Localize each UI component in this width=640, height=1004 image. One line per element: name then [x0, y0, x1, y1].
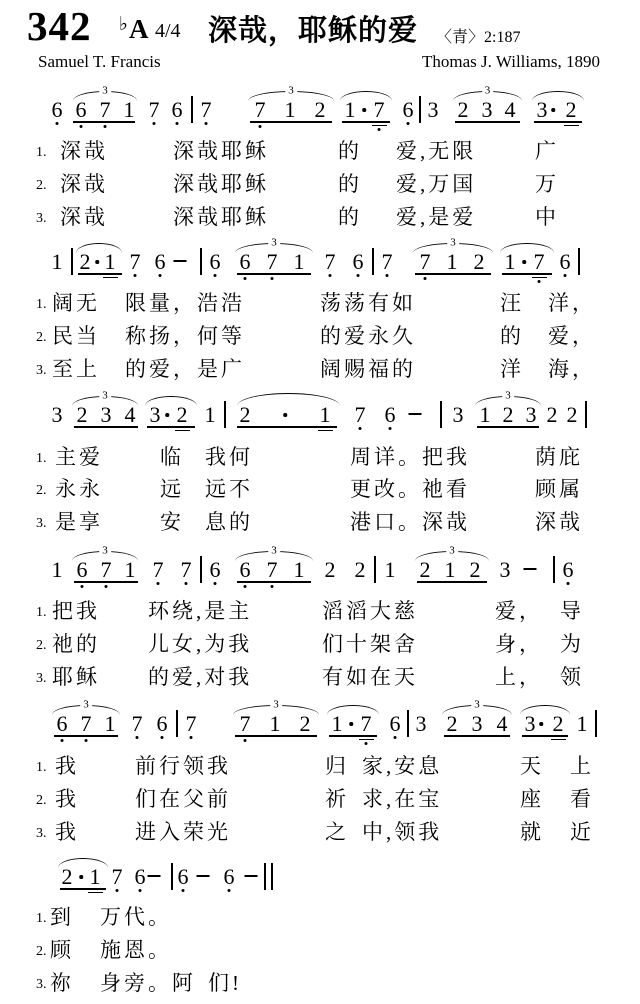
note-digit: 6: [135, 867, 146, 887]
low-octave-dot: [228, 889, 231, 892]
triplet-arc: 3: [235, 243, 313, 253]
lyric-segment: 上: [570, 755, 594, 778]
note-digit: 6: [224, 867, 235, 887]
sixteenth-underline: [372, 125, 387, 127]
lyric-segment: 汪: [500, 292, 524, 315]
triplet-number: 3: [99, 391, 111, 402]
eighth-underline: [329, 735, 377, 737]
lyric-segment: 归: [325, 755, 349, 778]
triplet-arc: 3: [73, 91, 137, 101]
low-octave-dot: [424, 277, 427, 280]
dash-extension: [174, 260, 187, 262]
lyric-segment: 进入荣光: [135, 821, 231, 844]
barline: [578, 248, 580, 275]
lyric-segment: 祈: [325, 788, 349, 811]
eighth-underline: [342, 121, 390, 123]
lyric-segment: 洋: [500, 358, 524, 381]
eighth-underline: [502, 273, 552, 275]
eighth-underline: [237, 426, 337, 428]
lyric-segment: 永永: [55, 478, 103, 501]
note-digit: 6: [390, 714, 401, 734]
low-octave-dot: [538, 280, 541, 283]
barline: [419, 96, 421, 123]
eighth-underline: [415, 273, 491, 275]
note-digit: 7: [374, 100, 385, 120]
lyric-segment: 阔无: [52, 292, 100, 315]
barline: [374, 556, 376, 583]
sixteenth-underline: [88, 892, 103, 894]
verse-number: 1.: [36, 297, 47, 313]
note-digit: 1: [105, 252, 116, 272]
note-digit: 7: [153, 560, 164, 580]
verse-number: 2.: [36, 944, 47, 960]
note-digit: 2: [458, 100, 469, 120]
note-digit: 2: [355, 560, 366, 580]
triplet-number: 3: [446, 546, 458, 557]
note-digit: 6: [178, 867, 189, 887]
lyric-segment: 广: [535, 140, 559, 163]
triplet-number: 3: [270, 700, 282, 711]
lyric-segment: 儿女,为我: [148, 633, 252, 656]
verse-number: 2.: [36, 638, 47, 654]
verse-number: 2.: [36, 483, 47, 499]
augmentation-dot: [362, 108, 366, 112]
note-digit: 1: [320, 405, 331, 425]
note-digit: 4: [505, 100, 516, 120]
note-digit: 6: [210, 560, 221, 580]
lyric-segment: 周详。把我: [350, 446, 470, 469]
lyric-segment: 深哉耶稣: [173, 206, 269, 229]
note-digit: 3: [101, 405, 112, 425]
low-octave-dot: [394, 736, 397, 739]
lyric-segment: 海，: [548, 358, 596, 381]
lyric-segment: 祢: [50, 972, 74, 995]
slur-arc: [327, 705, 379, 715]
low-octave-dot: [378, 128, 381, 131]
lyric-segment: 爱，: [495, 600, 543, 623]
note-digit: 1: [205, 405, 216, 425]
low-octave-dot: [116, 889, 119, 892]
note-digit: 6: [240, 252, 251, 272]
low-octave-dot: [136, 736, 139, 739]
note-digit: 1: [285, 100, 296, 120]
lyric-segment: 之: [325, 821, 349, 844]
low-octave-dot: [182, 889, 185, 892]
sixteenth-underline: [175, 430, 190, 432]
composer-credit: Thomas J. Williams, 1890: [422, 52, 600, 72]
note-digit: 2: [420, 560, 431, 580]
note-digit: 6: [172, 100, 183, 120]
note-digit: 3: [525, 714, 536, 734]
augmentation-dot: [349, 722, 353, 726]
note-digit: 7: [267, 252, 278, 272]
slur-arc: [520, 705, 570, 715]
lyric-segment: 把我: [52, 600, 100, 623]
triplet-number: 3: [80, 700, 92, 711]
verse-number: 3.: [36, 516, 47, 532]
note-digit: 7: [361, 714, 372, 734]
lyricist-credit: Samuel T. Francis: [38, 52, 161, 72]
barline: [171, 863, 173, 890]
lyric-segment: 天: [520, 755, 544, 778]
dash-extension: [409, 413, 422, 415]
barline: [372, 248, 374, 275]
low-octave-dot: [329, 274, 332, 277]
sixteenth-underline: [103, 277, 118, 279]
note-digit: 1: [577, 714, 588, 734]
triplet-arc: 3: [52, 705, 120, 715]
low-octave-dot: [159, 274, 162, 277]
triplet-arc: 3: [475, 396, 541, 406]
hymn-title: 深哉，耶稣的爱: [208, 8, 418, 49]
note-digit: 3: [428, 100, 439, 120]
lyric-segment: 远: [160, 478, 184, 501]
note-digit: 1: [480, 405, 491, 425]
verse-number: 3.: [36, 671, 47, 687]
lyric-segment: 近: [570, 821, 594, 844]
lyric-segment: 们十架舍: [322, 633, 418, 656]
lyric-segment: 的: [338, 173, 362, 196]
lyric-segment: 爱,万国: [396, 173, 476, 196]
low-octave-dot: [365, 742, 368, 745]
triplet-arc: 3: [233, 705, 319, 715]
triplet-arc: 3: [235, 551, 313, 561]
eighth-underline: [74, 581, 138, 583]
barline: [176, 710, 178, 737]
lyric-segment: 是享: [55, 511, 103, 534]
note-digit: 1: [52, 560, 63, 580]
low-octave-dot: [271, 277, 274, 280]
note-digit: 7: [149, 100, 160, 120]
lyric-segment: 民当: [52, 325, 100, 348]
lyric-segment: 深哉: [535, 511, 583, 534]
lyric-segment: 身旁。阿: [100, 972, 196, 995]
triplet-number: 3: [447, 238, 459, 249]
triplet-number: 3: [99, 86, 111, 97]
augmentation-dot: [522, 260, 526, 264]
dash-extension: [148, 875, 161, 877]
eighth-underline: [237, 581, 311, 583]
note-digit: 6: [57, 714, 68, 734]
barline: [407, 710, 409, 737]
verse-number: 3.: [36, 826, 47, 842]
low-octave-dot: [190, 736, 193, 739]
barline: [191, 96, 193, 123]
note-digit: 2: [547, 405, 558, 425]
note-digit: 6: [403, 100, 414, 120]
sixteenth-underline: [532, 277, 547, 279]
slur-arc: [500, 243, 554, 253]
note-digit: 7: [534, 252, 545, 272]
verse-number: 2.: [36, 793, 47, 809]
lyric-segment: 荫庇: [535, 446, 583, 469]
scripture-reference: 〈青〉2:187: [436, 24, 520, 47]
lyric-segment: 主爱: [55, 446, 103, 469]
lyric-segment: 座: [520, 788, 544, 811]
triplet-arc: 3: [442, 705, 512, 715]
note-digit: 3: [453, 405, 464, 425]
note-digit: 4: [497, 714, 508, 734]
verse-number: 3.: [36, 211, 47, 227]
note-digit: 2: [325, 560, 336, 580]
dash-extension: [524, 568, 537, 570]
lyric-segment: 前行领我: [135, 755, 231, 778]
note-digit: 7: [325, 252, 336, 272]
note-digit: 1: [345, 100, 356, 120]
lyric-segment: 爱,是爱: [396, 206, 476, 229]
final-barline-icon: [264, 863, 273, 890]
lyric-segment: 领: [560, 666, 584, 689]
lyric-segment: 荡荡有如: [320, 292, 416, 315]
eighth-underline: [522, 735, 568, 737]
note-digit: 3: [472, 714, 483, 734]
note-digit: 3: [537, 100, 548, 120]
note-digit: 7: [240, 714, 251, 734]
lyric-segment: 阔赐福的: [320, 358, 416, 381]
lyric-segment: 万: [535, 173, 559, 196]
eighth-underline: [455, 121, 520, 123]
lyric-segment: 就: [520, 821, 544, 844]
low-octave-dot: [271, 585, 274, 588]
low-octave-dot: [85, 739, 88, 742]
low-octave-dot: [407, 122, 410, 125]
lyric-segment: 我: [55, 755, 79, 778]
lyric-segment: 中,领我: [362, 821, 442, 844]
eighth-underline: [417, 581, 487, 583]
lyric-segment: 耶稣: [52, 666, 100, 689]
lyric-segment: 中: [535, 206, 559, 229]
lyric-segment: 顾属: [535, 478, 583, 501]
lyric-segment: 远不: [205, 478, 253, 501]
triplet-number: 3: [502, 391, 514, 402]
note-digit: 2: [80, 252, 91, 272]
note-digit: 1: [125, 560, 136, 580]
note-digit: 2: [553, 714, 564, 734]
augmentation-dot: [165, 413, 169, 417]
triplet-arc: 3: [72, 396, 138, 406]
low-octave-dot: [157, 582, 160, 585]
lyric-segment: 安: [160, 511, 184, 534]
verse-number: 2.: [36, 178, 47, 194]
triplet-number: 3: [268, 546, 280, 557]
note-digit: 2: [62, 867, 73, 887]
lyric-segment: 们在父前: [135, 788, 231, 811]
note-digit: 6: [240, 560, 251, 580]
lyric-segment: 限量，浩浩: [125, 292, 245, 315]
note-digit: 1: [105, 714, 116, 734]
verse-number: 1.: [36, 605, 47, 621]
lyric-segment: 施恩。: [100, 939, 172, 962]
dash-extension: [245, 875, 258, 877]
slur-arc: [237, 393, 340, 406]
hymn-sheet-page: 342 ♭ A 4/4 深哉，耶稣的爱 〈青〉2:187 Samuel T. F…: [0, 0, 640, 1004]
lyric-segment: 至上: [52, 358, 100, 381]
augmentation-dot: [79, 875, 83, 879]
triplet-number: 3: [268, 238, 280, 249]
lyric-segment: 我: [55, 821, 79, 844]
note-digit: 7: [81, 714, 92, 734]
lyric-segment: 的: [338, 140, 362, 163]
note-digit: 7: [130, 252, 141, 272]
lyric-segment: 洋，: [548, 292, 596, 315]
eighth-underline: [147, 426, 195, 428]
lyric-segment: 我: [55, 788, 79, 811]
barline: [71, 248, 73, 275]
lyric-segment: 身，: [495, 633, 543, 656]
low-octave-dot: [214, 582, 217, 585]
note-digit: 6: [563, 560, 574, 580]
lyric-segment: 万代。: [100, 906, 172, 929]
triplet-number: 3: [482, 86, 494, 97]
triplet-number: 3: [471, 700, 483, 711]
lyric-segment: 导: [560, 600, 584, 623]
low-octave-dot: [567, 582, 570, 585]
low-octave-dot: [357, 274, 360, 277]
note-digit: 3: [150, 405, 161, 425]
low-octave-dot: [386, 274, 389, 277]
slur-arc: [532, 91, 584, 101]
lyric-segment: 深哉: [60, 173, 108, 196]
eighth-underline: [74, 426, 138, 428]
low-octave-dot: [359, 427, 362, 430]
low-octave-dot: [214, 274, 217, 277]
low-octave-dot: [134, 274, 137, 277]
slur-arc: [145, 396, 197, 406]
low-octave-dot: [56, 122, 59, 125]
low-octave-dot: [139, 889, 142, 892]
low-octave-dot: [176, 122, 179, 125]
note-digit: 2: [566, 100, 577, 120]
note-digit: 7: [420, 252, 431, 272]
note-digit: 6: [353, 252, 364, 272]
note-digit: 6: [157, 714, 168, 734]
note-digit: 7: [181, 560, 192, 580]
verse-number: 3.: [36, 363, 47, 379]
verse-number: 1.: [36, 760, 47, 776]
note-digit: 1: [294, 252, 305, 272]
eighth-underline: [60, 888, 106, 890]
note-digit: 2: [240, 405, 251, 425]
note-digit: 7: [186, 714, 197, 734]
low-octave-dot: [564, 274, 567, 277]
triplet-number: 3: [99, 546, 111, 557]
note-digit: 1: [385, 560, 396, 580]
note-digit: 7: [201, 100, 212, 120]
note-digit: 3: [52, 405, 63, 425]
low-octave-dot: [244, 277, 247, 280]
slur-arc: [340, 91, 392, 101]
sixteenth-underline: [318, 430, 333, 432]
note-digit: 7: [267, 560, 278, 580]
lyric-segment: 到: [50, 906, 74, 929]
lyric-segment: 息的: [205, 511, 253, 534]
verse-number: 2.: [36, 330, 47, 346]
triplet-number: 3: [285, 86, 297, 97]
note-digit: 1: [270, 714, 281, 734]
low-octave-dot: [104, 125, 107, 128]
lyric-segment: 港口。深哉: [350, 511, 470, 534]
note-digit: 1: [124, 100, 135, 120]
eighth-underline: [235, 735, 317, 737]
low-octave-dot: [205, 122, 208, 125]
lyric-segment: 家,安息: [362, 755, 442, 778]
lyric-segment: 爱,无限: [396, 140, 476, 163]
note-digit: 6: [385, 405, 396, 425]
eighth-underline: [237, 273, 311, 275]
note-digit: 1: [294, 560, 305, 580]
note-digit: 7: [382, 252, 393, 272]
augmentation-dot: [551, 108, 555, 112]
low-octave-dot: [161, 736, 164, 739]
lyric-segment: 环绕,是主: [148, 600, 252, 623]
lyric-segment: 称扬，何等: [125, 325, 245, 348]
note-digit: 7: [112, 867, 123, 887]
note-digit: 2: [300, 714, 311, 734]
low-octave-dot: [105, 585, 108, 588]
lyric-segment: 的: [338, 206, 362, 229]
verse-number: 1.: [36, 451, 47, 467]
lyric-segment: 更改。祂看: [350, 478, 470, 501]
low-octave-dot: [244, 739, 247, 742]
eighth-underline: [534, 121, 582, 123]
key-letter: A: [129, 14, 149, 45]
verse-number: 1.: [36, 145, 47, 161]
lyric-segment: 看: [570, 788, 594, 811]
triplet-arc: 3: [72, 551, 138, 561]
low-octave-dot: [185, 582, 188, 585]
eighth-underline: [73, 121, 135, 123]
low-octave-dot: [80, 125, 83, 128]
note-digit: 1: [505, 252, 516, 272]
verse-number: 1.: [36, 911, 47, 927]
lyric-segment: 我何: [205, 446, 253, 469]
note-digit: 7: [132, 714, 143, 734]
eighth-underline: [54, 735, 118, 737]
note-digit: 1: [445, 560, 456, 580]
low-octave-dot: [81, 585, 84, 588]
note-digit: 7: [100, 100, 111, 120]
lyric-segment: 的爱,对我: [148, 666, 252, 689]
triplet-arc: 3: [413, 243, 493, 253]
lyric-segment: 上，: [495, 666, 543, 689]
note-digit: 1: [52, 252, 63, 272]
augmentation-dot: [539, 722, 543, 726]
note-digit: 1: [447, 252, 458, 272]
lyric-segment: 的爱，是广: [125, 358, 245, 381]
note-digit: 2: [567, 405, 578, 425]
barline: [595, 710, 597, 737]
lyric-segment: 深哉耶稣: [173, 140, 269, 163]
low-octave-dot: [259, 125, 262, 128]
barline: [585, 401, 587, 428]
note-digit: 2: [503, 405, 514, 425]
time-signature: 4/4: [155, 20, 181, 43]
note-digit: 3: [500, 560, 511, 580]
low-octave-dot: [389, 427, 392, 430]
sixteenth-underline: [359, 739, 374, 741]
lyric-segment: 为: [560, 633, 584, 656]
note-digit: 6: [210, 252, 221, 272]
barline: [224, 401, 226, 428]
eighth-underline: [250, 121, 332, 123]
barline: [553, 556, 555, 583]
note-digit: 3: [416, 714, 427, 734]
lyric-segment: 求,在宝: [362, 788, 442, 811]
note-digit: 7: [255, 100, 266, 120]
lyric-segment: 祂的: [52, 633, 100, 656]
note-digit: 1: [90, 867, 101, 887]
dash-extension: [197, 875, 210, 877]
